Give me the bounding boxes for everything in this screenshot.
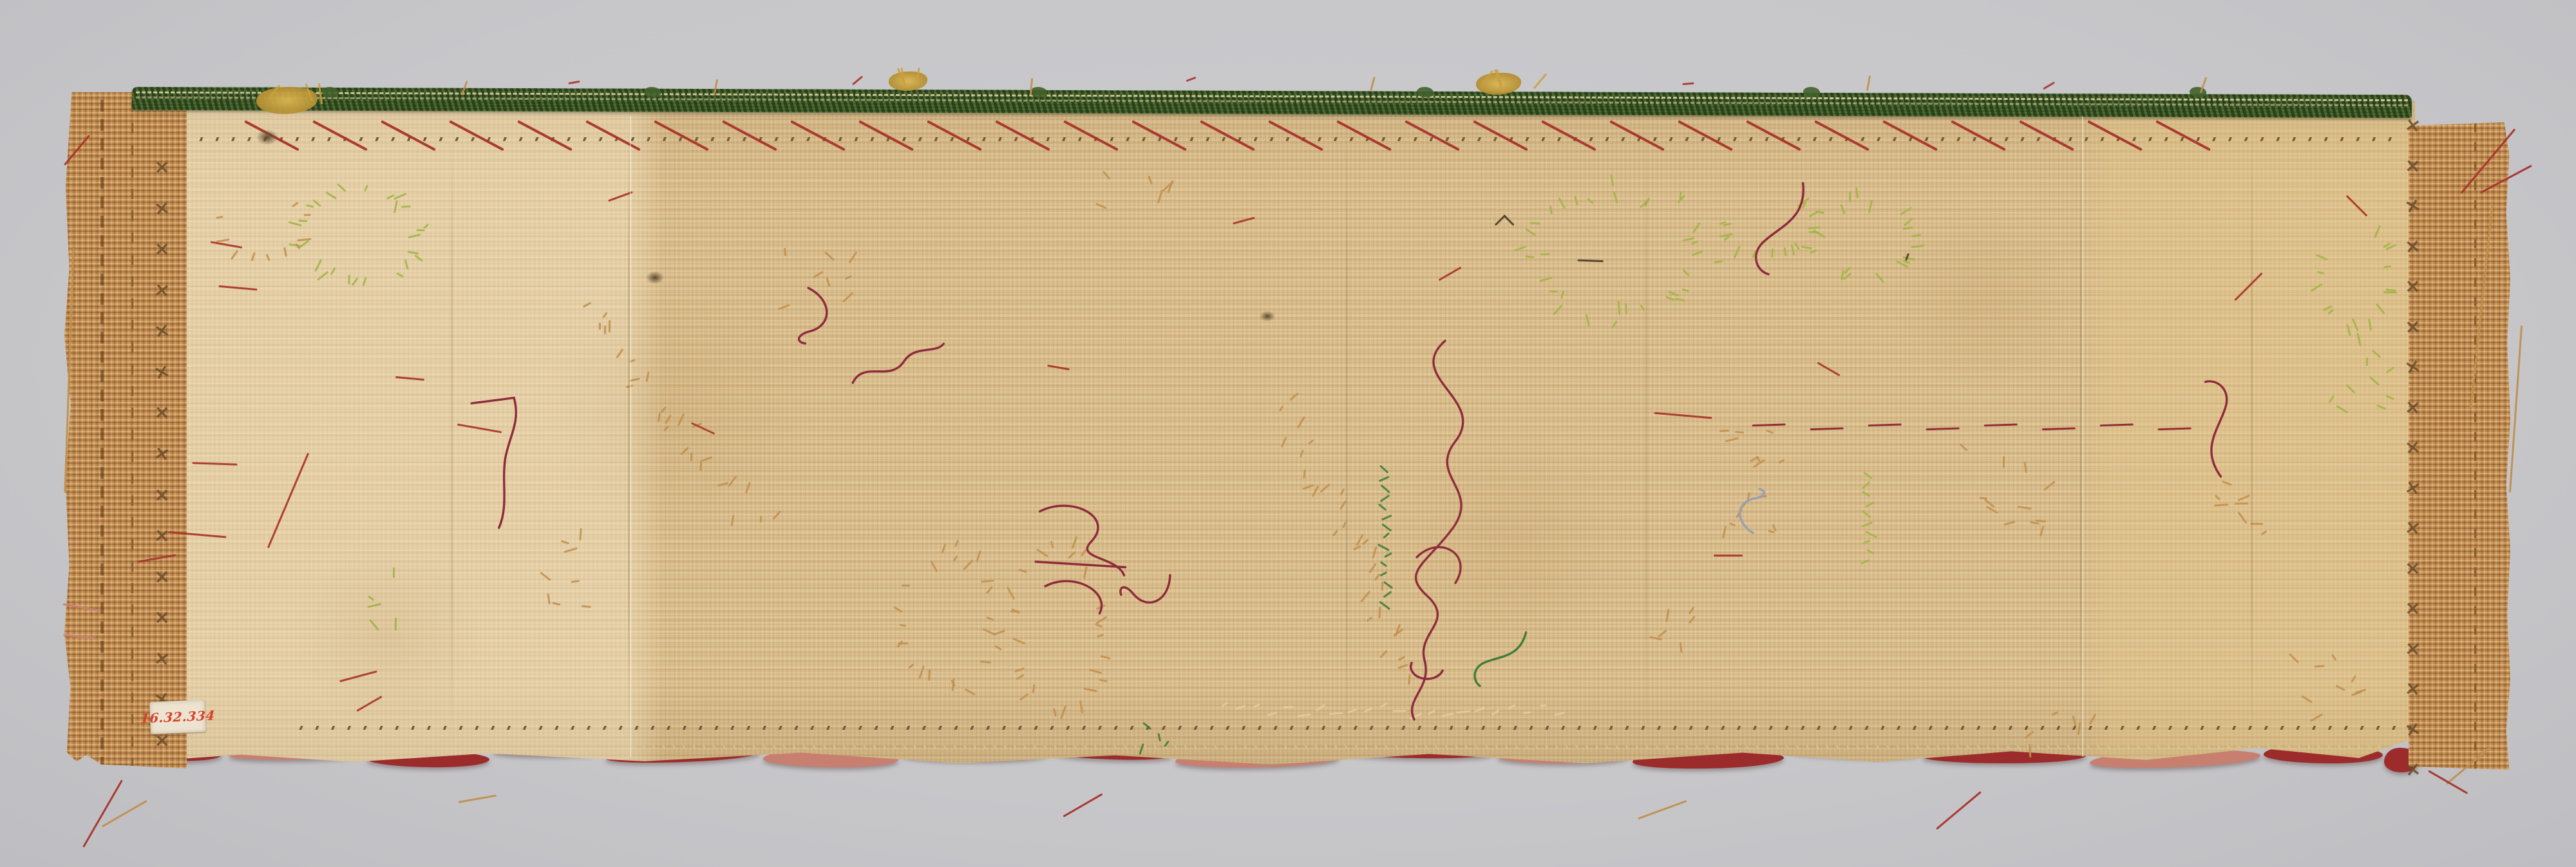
cross-stitch: ×: [2403, 718, 2423, 741]
stitch-remnant: [330, 268, 336, 276]
stitch-remnant: [2383, 265, 2391, 267]
red-trim-stitch: [312, 120, 368, 151]
dark-stitch: [1578, 260, 1604, 263]
stitch-remnant: [1778, 459, 1785, 464]
red-trim-stitch: [1405, 120, 1460, 151]
trim-blob: [1417, 87, 1434, 97]
stitch-remnant: [942, 544, 946, 553]
red-thread-dash: [1047, 365, 1070, 370]
red-trim-stitch: [517, 120, 573, 151]
stitch-remnant: [2331, 654, 2336, 661]
fabric-stain: [290, 538, 483, 731]
stitch-remnant: [351, 278, 358, 287]
stitch-remnant: [772, 511, 781, 520]
stitch-remnant: [1902, 226, 1913, 229]
red-trim-stitch: [449, 120, 504, 151]
hanging-thread: [2509, 325, 2523, 493]
stitch-remnant: [1586, 314, 1590, 327]
stitch-remnant: [1007, 587, 1015, 600]
stitch-remnant: [2238, 512, 2248, 524]
red-running-stitch: [1752, 423, 1786, 426]
stitch-remnant: [2369, 377, 2380, 386]
stitch-remnant: [919, 665, 925, 679]
stitch-remnant: [845, 275, 852, 280]
stitch-remnant: [1658, 629, 1667, 638]
stitch-remnant: [2372, 350, 2381, 358]
stitch-remnant: [1808, 227, 1821, 229]
stitch-remnant: [2336, 405, 2349, 414]
stitch-remnant: [1032, 684, 1035, 694]
cross-stitch: ×: [2404, 317, 2421, 337]
stitch-remnant: [2316, 254, 2328, 261]
hanging-thread: [1936, 791, 1982, 830]
stitch-remnant: [1139, 743, 1144, 755]
linen-crease: [2251, 116, 2253, 757]
red-trim-stitch: [1200, 120, 1255, 151]
stitch-remnant: [1221, 701, 1227, 707]
cross-stitch: ×: [152, 443, 171, 465]
stitch-remnant: [813, 271, 824, 278]
stitch-remnant: [1675, 298, 1685, 301]
stitch-remnant: [1875, 273, 1884, 283]
stitch-remnant: [1862, 481, 1871, 490]
stitch-remnant: [2351, 675, 2356, 683]
cross-stitch: ×: [152, 361, 173, 383]
stitch-remnant: [1808, 231, 1819, 233]
stitch-remnant: [1959, 443, 1967, 451]
red-trim-stitch: [927, 120, 982, 151]
linen-crease-highlight: [630, 116, 631, 757]
stitch-remnant: [1083, 688, 1097, 692]
stitch-remnant: [1103, 171, 1110, 180]
red-trim-stitch: [1678, 120, 1733, 151]
thread-remnants-layer: ××××××××××××××××××××××××××××××××: [64, 55, 2512, 796]
red-trim-stitch: [1746, 120, 1801, 151]
stitch-remnant: [553, 602, 561, 605]
cross-stitch: ×: [153, 648, 171, 669]
stitch-remnant: [1016, 674, 1025, 680]
cross-stitch: ×: [153, 320, 172, 342]
loose-thread-squiggle: [1745, 180, 1810, 277]
stitch-remnant: [1683, 269, 1690, 276]
stitch-remnant: [1157, 189, 1163, 203]
stitch-remnant: [298, 220, 307, 222]
red-trim-stitch: [1951, 120, 2006, 151]
stitch-remnant: [2050, 711, 2058, 716]
stitch-remnant: [784, 248, 786, 256]
stitch-remnant: [1297, 416, 1305, 428]
stitch-remnant: [423, 224, 430, 229]
red-trim-stitch: [1609, 120, 1665, 151]
stitch-remnant: [954, 540, 959, 548]
stitch-remnant: [1060, 705, 1066, 719]
stitch-remnant: [931, 561, 938, 573]
stitch-remnant: [900, 624, 907, 627]
red-thread-dash: [169, 531, 227, 538]
stitch-remnant: [2314, 665, 2325, 667]
stitch-remnant: [401, 205, 411, 207]
stitch-remnant: [1514, 246, 1526, 252]
stitch-remnant: [825, 251, 835, 261]
red-trim-stitch: [858, 120, 914, 151]
hanging-thread: [63, 634, 95, 639]
stitch-remnant: [1863, 472, 1873, 479]
stitch-remnant: [1680, 642, 1682, 653]
stitch-remnant: [1862, 491, 1870, 497]
stitch-remnant: [1625, 303, 1627, 314]
stitch-remnant: [1861, 521, 1873, 527]
stitch-remnant: [2023, 462, 2027, 473]
hanging-thread: [63, 604, 102, 612]
stitch-remnant: [1861, 559, 1870, 564]
stitch-remnant: [893, 606, 902, 612]
red-thread-dash: [395, 376, 424, 381]
stitch-remnant: [417, 229, 425, 231]
stitch-remnant: [231, 250, 238, 260]
stitch-remnant: [963, 559, 974, 570]
stitch-remnant: [2327, 309, 2334, 315]
stitch-remnant: [2018, 506, 2032, 510]
cross-stitch: ×: [154, 485, 170, 504]
cross-stitch: ×: [2404, 437, 2422, 458]
stitch-remnant: [1692, 222, 1701, 233]
red-trim-stitch: [1268, 120, 1323, 151]
stitch-remnant: [1723, 236, 1730, 241]
linen-crease-highlight: [2082, 116, 2083, 757]
red-trim-stitch: [722, 120, 777, 151]
stitch-remnant: [313, 200, 322, 207]
stitch-remnant: [1054, 709, 1057, 717]
cross-stitch: ×: [154, 608, 171, 628]
stitch-remnant: [540, 572, 551, 581]
stitch-remnant: [1855, 187, 1859, 198]
linen-crease: [451, 116, 453, 757]
edge-debris: [461, 81, 468, 95]
stitch-remnant: [2088, 713, 2096, 725]
hanging-thread: [2461, 128, 2516, 193]
stitch-remnant: [314, 260, 322, 272]
red-trim-stitch: [1336, 120, 1392, 151]
stitch-remnant: [404, 259, 409, 270]
stitch-remnant: [1690, 241, 1698, 245]
stitch-remnant: [1079, 700, 1083, 713]
red-trim-stitch: [1132, 120, 1187, 151]
loose-thread-squiggle: [844, 332, 953, 395]
cross-stitch: ×: [2403, 115, 2423, 137]
stitch-remnant: [1298, 714, 1311, 717]
edge-debris: [2043, 82, 2055, 90]
red-thread-dash: [1438, 267, 1461, 281]
stitch-remnant: [1868, 200, 1873, 213]
stitch-remnant: [2311, 713, 2324, 721]
red-trim-stitch: [790, 120, 846, 151]
cross-stitch: ×: [2403, 477, 2423, 499]
stitch-remnant: [251, 252, 255, 262]
stitch-remnant: [1618, 301, 1620, 315]
stitch-remnant: [1766, 430, 1774, 434]
stitch-remnant: [2215, 494, 2221, 500]
stitch-remnant: [908, 663, 914, 669]
stitch-remnant: [2376, 405, 2386, 410]
edge-debris: [852, 75, 863, 85]
stitch-remnant: [1530, 222, 1540, 224]
stitch-remnant: [1587, 198, 1594, 204]
cross-stitch: ×: [2403, 518, 2421, 539]
stitch-remnant: [1768, 529, 1774, 533]
stitch-remnant: [1862, 510, 1871, 519]
stitch-remnant: [2376, 303, 2385, 314]
stitch-remnant: [1096, 634, 1104, 638]
stitch-remnant: [564, 548, 578, 553]
stitch-remnant: [1719, 430, 1729, 432]
dark-stitch: [1503, 214, 1515, 226]
stitch-remnant: [1610, 175, 1613, 186]
red-running-stitch: [2042, 427, 2076, 430]
red-running-stitch: [1926, 427, 1960, 430]
stitch-remnant: [1018, 569, 1027, 573]
cross-stitch: ×: [153, 526, 171, 546]
trim-blob: [1030, 87, 1047, 97]
stitch-remnant: [1281, 437, 1287, 448]
stitch-remnant: [1865, 501, 1875, 508]
stitch-remnant: [2302, 696, 2313, 703]
stitch-remnant: [1302, 484, 1314, 490]
stitch-remnant: [1100, 655, 1111, 660]
red-trim-stitch: [654, 120, 709, 151]
linen-crease: [1645, 116, 1647, 757]
stitch-remnant: [1560, 291, 1564, 299]
stitch-remnant: [952, 555, 958, 562]
red-running-stitch: [1810, 427, 1844, 430]
stitch-remnant: [976, 550, 981, 562]
stitch-remnant: [1143, 722, 1152, 730]
dark-tuft: [256, 129, 278, 145]
hanging-thread: [1063, 793, 1103, 817]
trim-blob: [1803, 87, 1820, 97]
stitch-remnant: [397, 272, 404, 278]
trim-blob: [2190, 87, 2206, 97]
red-thread-dash: [192, 462, 237, 465]
cross-stitch: ×: [153, 280, 171, 301]
red-thread-dash: [218, 285, 257, 291]
red-thread-dash: [211, 241, 243, 249]
hanging-thread: [2446, 746, 2492, 785]
stitch-remnant: [2003, 456, 2005, 468]
edge-debris: [1866, 75, 1871, 91]
stitch-remnant: [1315, 703, 1325, 711]
stitch-remnant: [980, 660, 991, 663]
stitch-remnant: [561, 540, 569, 544]
stitch-remnant: [1279, 405, 1284, 412]
stitch-remnant: [1164, 741, 1170, 748]
stitch-remnant: [1666, 609, 1670, 622]
stitch-remnant: [2329, 395, 2334, 403]
cross-stitch: ×: [2403, 679, 2421, 700]
stitch-remnant: [902, 585, 910, 587]
stitch-remnant: [325, 191, 337, 199]
stitch-remnant: [1866, 549, 1875, 555]
stitch-remnant: [307, 205, 315, 208]
red-trim-stitch: [1541, 120, 1596, 151]
stitch-remnant: [337, 184, 346, 193]
stitch-remnant: [1736, 431, 1745, 434]
cross-stitch: ×: [2405, 558, 2421, 578]
stitch-remnant: [393, 193, 406, 200]
stitch-remnant: [1665, 296, 1674, 301]
stitch-remnant: [2072, 716, 2076, 727]
stitch-remnant: [1235, 705, 1245, 710]
stitch-remnant: [981, 580, 994, 582]
cross-stitch: ×: [2405, 277, 2421, 297]
hanging-thread: [64, 135, 90, 166]
fabric-stain: [1887, 203, 2080, 396]
stitch-remnant: [1682, 289, 1689, 292]
stitch-remnant: [778, 304, 790, 310]
stitch-remnant: [2289, 653, 2299, 663]
red-trim-stitch: [1882, 120, 1938, 151]
fabric-stain: [541, 274, 811, 544]
hanging-thread: [2470, 204, 2493, 409]
cross-stitch: ×: [2403, 195, 2423, 217]
stitch-remnant: [407, 251, 419, 254]
stitch-remnant: [1554, 712, 1564, 716]
loose-thread-squiggle: [1034, 499, 1130, 622]
stitch-remnant: [1307, 439, 1314, 444]
accession-label: 16.32.334: [149, 700, 206, 734]
stitch-remnant: [1904, 218, 1913, 226]
stitch-remnant: [995, 645, 1002, 650]
stitch-remnant: [571, 580, 580, 582]
loose-thread-squiggle: [2160, 351, 2280, 499]
stitch-remnant: [1553, 304, 1563, 315]
stitch-remnant: [1691, 251, 1703, 256]
stitch-remnant: [292, 202, 299, 207]
stitch-remnant: [1558, 197, 1566, 209]
stitch-remnant: [299, 240, 309, 249]
linen-crease: [1346, 116, 1348, 757]
stitch-remnant: [1099, 679, 1107, 682]
stitch-remnant: [1267, 712, 1277, 716]
stitch-remnant: [1979, 497, 1987, 499]
stitch-remnant: [2039, 525, 2043, 536]
cross-stitch: ×: [2405, 599, 2421, 618]
red-thread-dash: [2234, 272, 2263, 301]
trim-blob: [644, 87, 661, 97]
stitch-remnant: [1772, 524, 1776, 531]
stitch-remnant: [1158, 733, 1161, 741]
stitch-remnant: [393, 200, 398, 213]
stitch-remnant: [1734, 245, 1741, 258]
hanging-thread: [2428, 770, 2468, 794]
edge-debris: [714, 79, 718, 95]
cross-stitch: ×: [2403, 356, 2423, 379]
stitch-remnant: [1612, 320, 1618, 329]
stitch-remnant: [2386, 367, 2394, 374]
stitch-remnant: [2374, 225, 2381, 238]
red-thread-dash: [1233, 217, 1255, 225]
stitch-remnant: [2004, 521, 2016, 526]
stitch-remnant: [363, 277, 367, 286]
stitch-remnant: [1810, 249, 1817, 254]
cross-stitch: ×: [2404, 156, 2421, 176]
stitch-remnant: [987, 616, 994, 621]
stitch-remnant: [1573, 196, 1578, 205]
red-thread-dash: [1817, 362, 1840, 377]
stitch-remnant: [1849, 191, 1851, 202]
stitch-remnant: [1148, 176, 1153, 185]
stitch-remnant: [2238, 495, 2250, 501]
photo-backdrop: { "scene": { "subject": "Back of an embr…: [0, 0, 2576, 867]
trim-blob: [322, 87, 339, 97]
red-trim-stitch: [2019, 120, 2074, 151]
stitch-remnant: [1862, 540, 1870, 544]
edge-debris: [1186, 77, 1196, 82]
stitch-remnant: [1012, 638, 1026, 645]
stitch-remnant: [1613, 191, 1618, 204]
stitch-remnant: [1300, 450, 1304, 457]
stitch-remnant: [1253, 703, 1260, 707]
stitch-remnant: [297, 238, 311, 241]
stitch-remnant: [1650, 636, 1663, 640]
stitch-remnant: [1303, 470, 1305, 479]
stitch-remnant: [1689, 615, 1696, 623]
stitch-remnant: [986, 586, 993, 594]
textile-panel: ×××××××××××××××××××××××××××××××× 16.32.3…: [64, 55, 2512, 796]
stitch-remnant: [1289, 392, 1299, 401]
cross-stitch: ×: [2404, 639, 2421, 660]
red-thread-dash: [138, 554, 176, 562]
stitch-remnant: [1525, 228, 1536, 236]
loose-thread-squiggle: [786, 281, 846, 355]
stitch-remnant: [1540, 254, 1549, 256]
red-trim-stitch: [995, 120, 1050, 151]
cross-stitch: ×: [2404, 397, 2422, 417]
stitch-remnant: [408, 233, 421, 238]
stitch-remnant: [2369, 319, 2372, 331]
stitch-remnant: [304, 214, 311, 216]
stitch-remnant: [1332, 529, 1338, 536]
red-trim-stitch: [381, 120, 436, 151]
stitch-remnant: [2214, 504, 2228, 506]
stitch-remnant: [1539, 278, 1552, 283]
red-thread-dash: [2346, 195, 2368, 217]
red-thread-dash: [1654, 412, 1712, 419]
stitch-remnant: [2366, 357, 2368, 366]
hanging-thread: [82, 779, 122, 847]
stitch-remnant: [760, 516, 762, 522]
stitch-remnant: [2311, 283, 2323, 292]
stitch-remnant: [317, 271, 328, 280]
stitch-remnant: [1899, 207, 1911, 216]
stitch-remnant: [1540, 704, 1546, 706]
stitch-remnant: [2386, 395, 2395, 400]
cross-stitch: ×: [153, 198, 171, 219]
edge-debris: [568, 81, 580, 84]
cross-stitch: ×: [154, 567, 171, 587]
stitch-remnant: [1340, 488, 1345, 495]
red-trim-stitch: [585, 120, 641, 151]
stitch-remnant: [1524, 712, 1532, 714]
accession-number: 16.32.334: [140, 707, 215, 726]
stitch-remnant: [1019, 693, 1029, 701]
red-trim-stitch: [1063, 120, 1119, 151]
red-thread-dash: [1714, 555, 1743, 557]
stitch-remnant: [2316, 271, 2324, 274]
gold-fringe-tuft: [889, 71, 927, 91]
stitch-remnant: [965, 689, 976, 696]
stitch-remnant: [1095, 624, 1103, 628]
red-thread-dash: [267, 453, 309, 548]
